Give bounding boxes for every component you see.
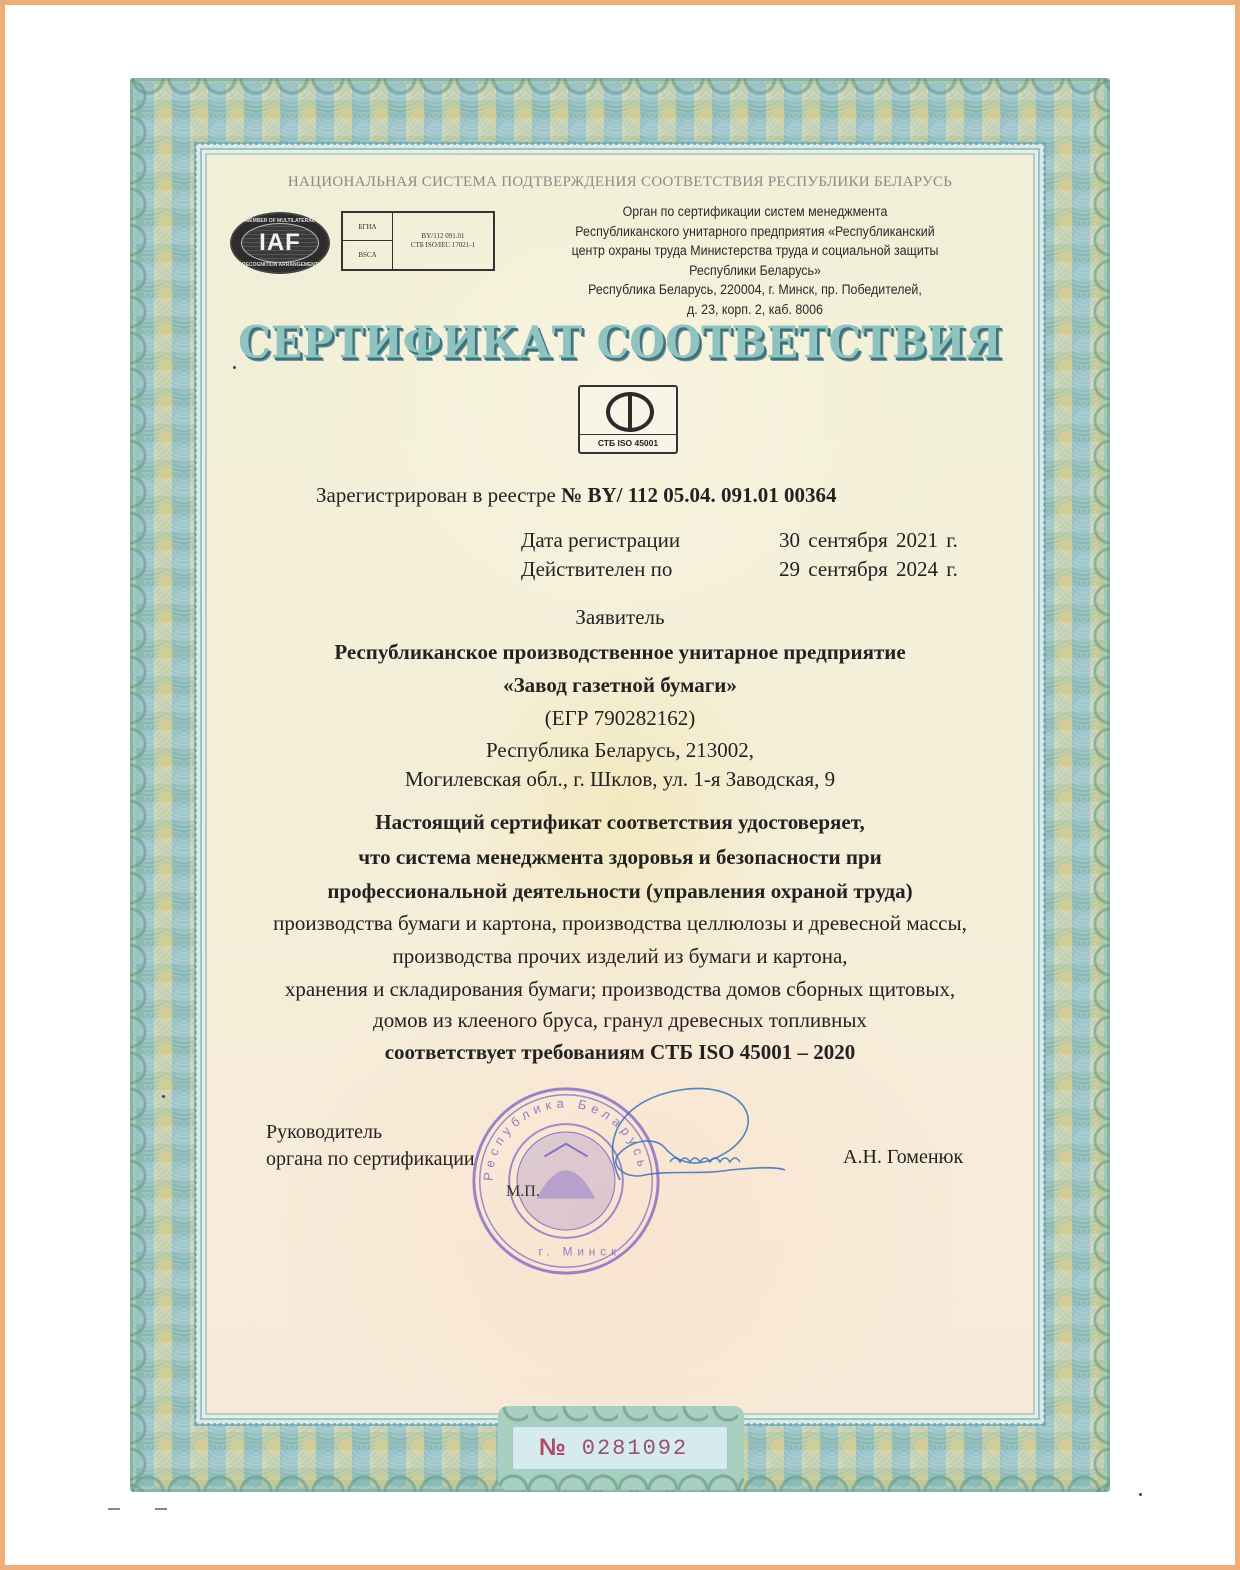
accreditation-box: БГИА BY/112 091.01 СТБ ISO/IEC 17021-1 B… [341, 211, 495, 271]
cert-body-line-3: центр охраны труда Министерства труда и … [525, 241, 985, 261]
conformity-conclusion: соответствует требованиям СТБ ISO 45001 … [200, 1040, 1040, 1065]
scan-speck [233, 366, 236, 369]
stb-emblem-ring [606, 392, 654, 432]
registration-date-value: 30 сентября 2021 г. [779, 528, 958, 553]
iaf-logo-icon: MEMBER OF MULTILATERAL IAF RECOGNITION A… [230, 212, 330, 274]
accreditation-bgia: БГИА [343, 213, 393, 241]
conclusion-prefix: соответствует [385, 1040, 516, 1064]
iaf-logo-letters: IAF [241, 223, 319, 263]
scan-speck [1139, 1493, 1142, 1496]
valid-until-label: Действителен по [521, 557, 672, 582]
stb-mark-code: СТБ ISO 45001 [580, 434, 676, 452]
accreditation-reg-line-2: СТБ ISO/IEC 17021-1 [411, 241, 475, 250]
conclusion-requirements: требованиям СТБ ISO 45001 – 2020 [521, 1040, 855, 1064]
cert-body-line-5: Республика Беларусь, 220004, г. Минск, п… [525, 280, 985, 300]
accreditation-bsca: BSCA [343, 241, 393, 269]
applicant-address-line-2: Могилевская обл., г. Шклов, ул. 1-я Заво… [200, 767, 1040, 792]
cert-body-line-4: Республики Беларусь» [525, 261, 985, 281]
accreditation-registration: BY/112 091.01 СТБ ISO/IEC 17021-1 [393, 213, 493, 269]
registration-number: № BY/ 112 05.04. 091.01 00364 [561, 483, 836, 507]
statement-line-1: Настоящий сертификат соответствия удосто… [200, 810, 1040, 835]
seal-label: М.П. [506, 1183, 540, 1201]
scan-speck [108, 1508, 120, 1510]
stamp-city: г. Минск [539, 1245, 621, 1258]
registration-date-label: Дата регистрации [521, 528, 680, 553]
scope-line-4: домов из клееного бруса, гранул древесны… [200, 1008, 1040, 1033]
stb-conformity-mark-icon: СТБ ISO 45001 [578, 385, 678, 454]
scope-line-2: производства прочих изделий из бумаги и … [200, 944, 1040, 969]
serial-prefix: № [539, 1434, 566, 1462]
serial-number: 0281092 [582, 1436, 688, 1461]
signer-role-line-2: органа по сертификации [266, 1148, 475, 1171]
scope-line-1: производства бумаги и картона, производс… [200, 911, 1040, 936]
applicant-name-line-2: «Завод газетной бумаги» [200, 673, 1040, 698]
cert-body-line-1: Орган по сертификации систем менеджмента [525, 202, 985, 222]
signer-name: А.Н. Гоменюк [843, 1146, 963, 1169]
valid-until-value: 29 сентября 2024 г. [779, 557, 958, 582]
applicant-name-line-1: Республиканское производственное унитарн… [200, 640, 1040, 665]
signature-icon [560, 1070, 800, 1200]
scope-line-3: хранения и складирования бумаги; произво… [200, 977, 1040, 1002]
applicant-egr: (ЕГР 790282162) [200, 706, 1040, 731]
serial-number-plate: № 0281092 [498, 1406, 744, 1490]
registration-line: Зарегистрирован в реестре № BY/ 112 05.0… [316, 483, 837, 508]
national-system-header: НАЦИОНАЛЬНАЯ СИСТЕМА ПОДТВЕРЖДЕНИЯ СООТВ… [200, 174, 1040, 191]
certification-body-info: Орган по сертификации систем менеджмента… [525, 202, 985, 319]
scan-speck [162, 1095, 165, 1098]
accreditation-reg-line-1: BY/112 091.01 [422, 232, 465, 241]
statement-line-3: профессиональной деятельности (управлени… [200, 879, 1040, 904]
statement-line-2: что система менеджмента здоровья и безоп… [200, 845, 1040, 870]
applicant-label: Заявитель [200, 605, 1040, 630]
iaf-logo-arc-top: MEMBER OF MULTILATERAL [232, 218, 328, 224]
applicant-address-line-1: Республика Беларусь, 213002, [200, 738, 1040, 763]
scan-speck [155, 1508, 167, 1510]
registration-label: Зарегистрирован в реестре [316, 483, 556, 507]
signer-role-line-1: Руководитель [266, 1121, 382, 1144]
serial-number-box: № 0281092 [512, 1426, 728, 1470]
iaf-logo-arc-bottom: RECOGNITION ARRANGEMENT [232, 262, 328, 268]
cert-body-line-2: Республиканского унитарного предприятия … [525, 222, 985, 242]
certificate-title: СЕРТИФИКАТ СООТВЕТСТВИЯ [208, 317, 1031, 368]
